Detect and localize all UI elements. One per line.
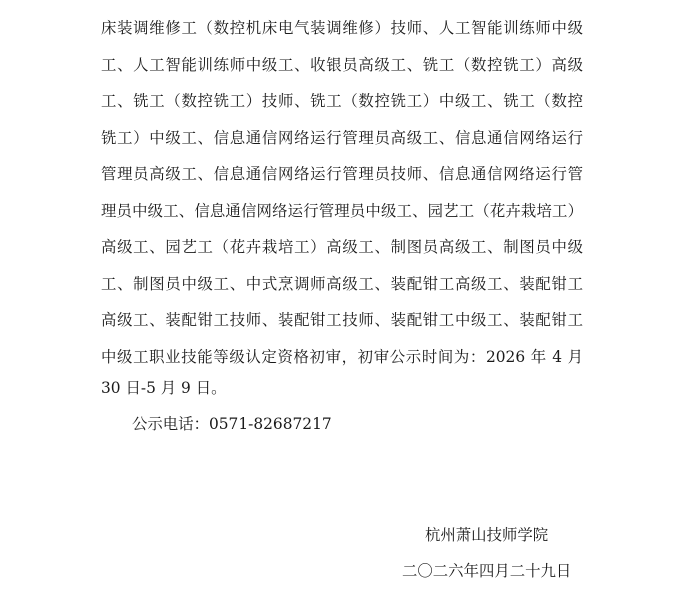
body-text-line: 30 日-5 月 9 日。 bbox=[101, 376, 227, 400]
body-text-line: 中级工职业技能等级认定资格初审，初审公示时间为：2026 年 4 月 bbox=[101, 345, 583, 369]
body-text-line: 铣工）中级工、信息通信网络运行管理员高级工、信息通信网络运行 bbox=[101, 126, 583, 150]
body-text-line: 高级工、装配钳工技师、装配钳工技师、装配钳工中级工、装配钳工 bbox=[101, 308, 583, 332]
body-text-line: 工、铣工（数控铣工）技师、铣工（数控铣工）中级工、铣工（数控 bbox=[101, 89, 583, 113]
signature-organization: 杭州萧山技师学院 bbox=[425, 523, 548, 547]
signature-date: 二〇二六年四月二十九日 bbox=[402, 559, 571, 583]
body-text-line: 床装调维修工（数控机床电气装调维修）技师、人工智能训练师中级 bbox=[101, 16, 583, 40]
body-text-line: 工、制图员中级工、中式烹调师高级工、装配钳工高级工、装配钳工 bbox=[101, 272, 583, 296]
body-text-line: 高级工、园艺工（花卉栽培工）高级工、制图员高级工、制图员中级 bbox=[101, 235, 583, 259]
contact-phone: 公示电话：0571-82687217 bbox=[132, 412, 332, 436]
body-text-line: 工、人工智能训练师中级工、收银员高级工、铣工（数控铣工）高级 bbox=[101, 53, 583, 77]
body-text-line: 理员中级工、信息通信网络运行管理员中级工、园艺工（花卉栽培工） bbox=[101, 199, 583, 223]
body-text-line: 管理员高级工、信息通信网络运行管理员技师、信息通信网络运行管 bbox=[101, 162, 583, 186]
document-page: 床装调维修工（数控机床电气装调维修）技师、人工智能训练师中级 工、人工智能训练师… bbox=[0, 0, 683, 611]
